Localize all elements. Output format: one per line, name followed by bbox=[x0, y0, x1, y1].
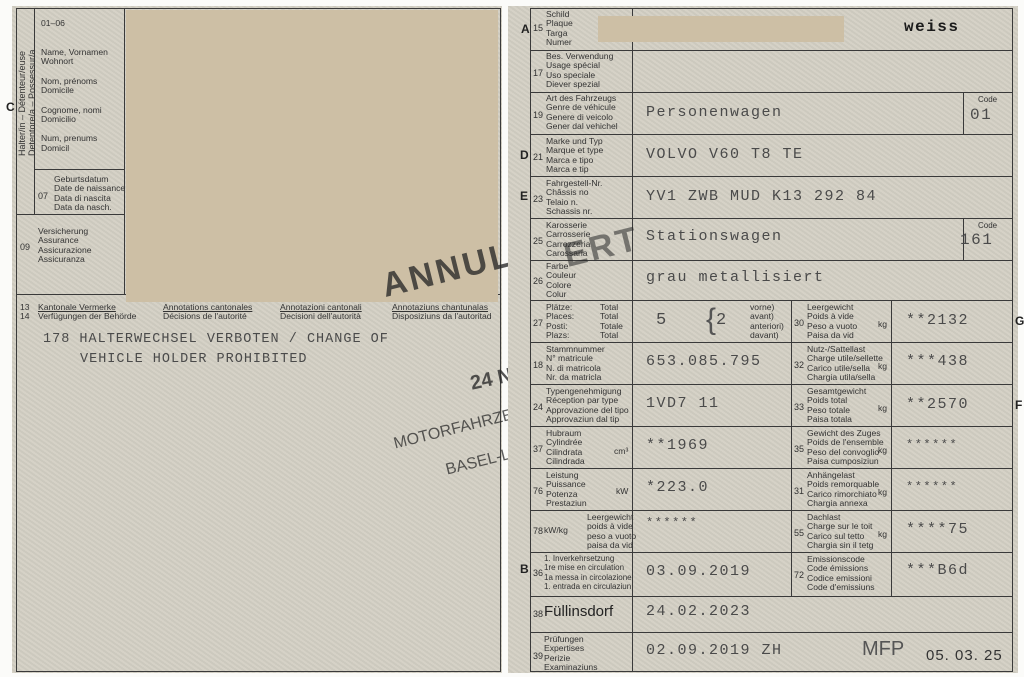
field-19-number: 19 bbox=[533, 110, 543, 120]
trailer-load-value: ****** bbox=[906, 480, 958, 494]
field-19-labels: Art des Fahrzeugs Genre de véhicule Gene… bbox=[546, 94, 618, 132]
label-line: Chargia annexa bbox=[807, 499, 879, 508]
seats-total-value: 5 bbox=[656, 311, 668, 330]
unit-kg: kg bbox=[878, 319, 887, 329]
label-line: Data da nasch. bbox=[54, 203, 125, 212]
divider bbox=[530, 384, 1013, 385]
label-line: Paisa da vid bbox=[807, 331, 857, 340]
divider bbox=[530, 426, 1013, 427]
payload-value: ***438 bbox=[906, 353, 969, 370]
divider bbox=[530, 342, 1013, 343]
field-01-06-labels: Name, Vornamen Wohnort Nom, prénoms Domi… bbox=[41, 48, 108, 153]
divider bbox=[16, 214, 124, 215]
field-17-labels: Bes. Verwendung Usage spécial Uso specia… bbox=[546, 52, 613, 90]
total-weight-value: **2570 bbox=[906, 396, 969, 413]
power-unit: kW bbox=[616, 486, 628, 496]
brace-icon: { bbox=[706, 305, 716, 335]
label-line: paisa da vid bbox=[587, 541, 636, 550]
field-15-labels: Schild Plaque Targa Numer bbox=[546, 10, 573, 48]
divider bbox=[530, 218, 1013, 219]
field-78-labels: Leergewicht poids à vide peso a vuoto pa… bbox=[587, 513, 636, 551]
power-value: *223.0 bbox=[646, 479, 709, 496]
divider bbox=[530, 510, 1013, 511]
section-letter-c: C bbox=[6, 100, 15, 114]
roof-load-value: ****75 bbox=[906, 521, 969, 538]
redacted-plate-number bbox=[598, 16, 844, 42]
holder-label-de-fr: Halter/in – Détenteur/euse bbox=[17, 49, 27, 156]
body-type-value: Stationswagen bbox=[646, 228, 783, 245]
field-33-labels: Gesamtgewicht Poids total Peso totale Pa… bbox=[807, 387, 866, 425]
label-line: 14 bbox=[20, 312, 30, 321]
displacement-value: **1969 bbox=[646, 437, 709, 454]
label-line: Chargia utila/sella bbox=[807, 373, 883, 382]
side-letter-a: A bbox=[521, 22, 530, 36]
field-35-labels: Gewicht des Zuges Poids de l'ensemble Pe… bbox=[807, 429, 884, 467]
label-line: Décisions de l'autorité bbox=[163, 312, 252, 321]
cantonal-annotation-line1: 178 HALTERWECHSEL VERBOTEN / CHANGE OF bbox=[43, 332, 389, 347]
field-37-number: 37 bbox=[533, 444, 543, 454]
seats-front-labels: vorne) avant) anteriori) davant) bbox=[750, 303, 784, 341]
field-27-labels: Plätze: Places: Posti: Plazs: bbox=[546, 303, 574, 341]
unit-kg: kg bbox=[878, 361, 887, 371]
field-01-06-number: 01–06 bbox=[41, 19, 65, 28]
left-page: C Halter/in – Détenteur/euse Detentore/a… bbox=[12, 6, 502, 673]
label-line: Paisa cumposiziun bbox=[807, 457, 884, 466]
chassis-number-value: YV1 ZWB MUD K13 292 84 bbox=[646, 188, 877, 205]
side-letter-d: D bbox=[520, 148, 529, 162]
label-line: Approvaziun dal tip bbox=[546, 415, 629, 424]
divider bbox=[530, 468, 1013, 469]
label-line: Domicile bbox=[41, 86, 108, 95]
label-line: Assicuranza bbox=[38, 255, 92, 264]
field-09-labels: Versicherung Assurance Assicurazione Ass… bbox=[38, 227, 92, 265]
label-line: Marca e tip bbox=[546, 165, 603, 174]
frame-bottom bbox=[530, 671, 1013, 672]
field-25-number: 25 bbox=[533, 236, 543, 246]
field-78-number: 78 bbox=[533, 526, 543, 536]
divider bbox=[632, 8, 633, 671]
field-38-number: 38 bbox=[533, 609, 543, 619]
field-27-number: 27 bbox=[533, 318, 543, 328]
emission-code-value: ***B6d bbox=[906, 562, 969, 579]
unit-kg: kg bbox=[878, 403, 887, 413]
inspection-stamp-date: 05. 03. 25 bbox=[926, 647, 1003, 664]
holder-vertical-label: Halter/in – Détenteur/euse Detentore/a –… bbox=[17, 49, 37, 156]
field-30-labels: Leergewicht Poids à vide Peso a vuoto Pa… bbox=[807, 303, 857, 341]
field-18-number: 18 bbox=[533, 360, 543, 370]
seats-front-value: 2 bbox=[716, 311, 728, 330]
label-line: Nr. da matricla bbox=[546, 373, 605, 382]
first-registration-value: 03.09.2019 bbox=[646, 563, 751, 580]
label-line: Examinaziuns bbox=[544, 663, 598, 672]
divider bbox=[530, 596, 1013, 597]
field-39-number: 39 bbox=[533, 651, 543, 661]
divider bbox=[530, 552, 1013, 553]
unit-kg: kg bbox=[878, 445, 887, 455]
field-36-number: 36 bbox=[533, 568, 543, 578]
label-line: Wohnort bbox=[41, 57, 108, 66]
label-line: Domicil bbox=[41, 144, 108, 153]
unit-kg: kg bbox=[878, 529, 887, 539]
field-37-labels: Hubraum Cylindrée Cilindrata Cilindrada bbox=[546, 429, 585, 467]
color-value: grau metallisiert bbox=[646, 269, 825, 286]
train-weight-value: ****** bbox=[906, 438, 958, 452]
cantonal-fr: Annotations cantonales Décisions de l'au… bbox=[163, 303, 252, 322]
power-to-weight-value: ****** bbox=[646, 516, 698, 530]
field-18-labels: Stammnummer N° matricule N. di matricola… bbox=[546, 345, 605, 383]
frame-bottom bbox=[16, 671, 501, 672]
inspection-value: 02.09.2019 ZH bbox=[646, 642, 783, 659]
inspection-stamp-code: MFP bbox=[862, 638, 904, 661]
cantonal-numbers: 13 14 bbox=[20, 303, 30, 322]
label-line: Numer bbox=[546, 38, 573, 47]
plate-color-value: weiss bbox=[904, 18, 960, 36]
side-letter-b: B bbox=[520, 562, 529, 576]
label-line: Verfügungen der Behörde bbox=[38, 312, 136, 321]
cantonal-it: Annotazioni cantonali Decisioni dell'aut… bbox=[280, 303, 362, 322]
label-line: Chargia sin il tetg bbox=[807, 541, 873, 550]
field-07-labels: Geburtsdatum Date de naissance Data di n… bbox=[54, 175, 125, 213]
divider bbox=[34, 169, 124, 170]
label-line: Plazs: bbox=[546, 331, 574, 340]
make-model-value: VOLVO V60 T8 TE bbox=[646, 146, 804, 163]
label-line: Schassis nr. bbox=[546, 207, 602, 216]
divider bbox=[963, 92, 964, 134]
type-approval-value: 1VD7 11 bbox=[646, 395, 720, 412]
field-24-labels: Typengenehmigung Réception par type Appr… bbox=[546, 387, 629, 425]
label-line: Diever spezial bbox=[546, 80, 613, 89]
frame-right bbox=[1012, 8, 1013, 671]
field-23-labels: Fahrgestell-Nr. Châssis no Telaio n. Sch… bbox=[546, 179, 602, 217]
field-76-labels: Leistung Puissance Potenza Prestaziun bbox=[546, 471, 587, 509]
label-line: Code d'emissiuns bbox=[807, 583, 875, 592]
divider bbox=[530, 632, 1013, 633]
label-line: Paisa totala bbox=[807, 415, 866, 424]
label-line: Decisioni dell'autorità bbox=[280, 312, 362, 321]
label-line: 1a messa in circolazione bbox=[544, 573, 632, 582]
cantonal-rm: Annotaziuns chantunalas Disposiziuns da … bbox=[392, 303, 492, 322]
label-line: 1. entrada en circulaziun bbox=[544, 582, 632, 591]
frame-top bbox=[16, 8, 501, 9]
field-31-labels: Anhängelast Poids remorquable Carico rim… bbox=[807, 471, 879, 509]
label-line: Colur bbox=[546, 290, 576, 299]
frame-left bbox=[530, 8, 531, 671]
cantonal-annotation-line2: VEHICLE HOLDER PROHIBITED bbox=[80, 352, 308, 367]
empty-weight-value: **2132 bbox=[906, 312, 969, 329]
vehicle-type-value: Personenwagen bbox=[646, 104, 783, 121]
label-line: Total bbox=[600, 331, 623, 340]
field-15-number: 15 bbox=[533, 23, 543, 33]
field-24-number: 24 bbox=[533, 402, 543, 412]
field-78-unit-label: kW/kg bbox=[544, 526, 568, 535]
field-36-labels: 1. Inverkehrsetzung 1re mise en circulat… bbox=[544, 554, 632, 592]
body-type-code-label: Code bbox=[978, 221, 997, 230]
frame-top bbox=[530, 8, 1013, 9]
field-76-number: 76 bbox=[533, 486, 543, 496]
label-line: davant) bbox=[750, 331, 784, 340]
field-21-number: 21 bbox=[533, 152, 543, 162]
label-line: Domicilio bbox=[41, 115, 108, 124]
field-72-labels: Emissionscode Code émissions Codice emis… bbox=[807, 555, 875, 593]
field-21-labels: Marke und Typ Marque et type Marca e tip… bbox=[546, 137, 603, 175]
vehicle-type-code: 01 bbox=[970, 106, 992, 124]
field-23-number: 23 bbox=[533, 194, 543, 204]
divider bbox=[124, 8, 125, 294]
side-letter-g: G bbox=[1015, 314, 1024, 328]
label-line: 1. Inverkehrsetzung bbox=[544, 554, 632, 563]
frame-right bbox=[500, 8, 501, 671]
issuing-place: Füllinsdorf bbox=[544, 603, 613, 620]
field-32-labels: Nutz-/Sattellast Charge utile/sellette C… bbox=[807, 345, 883, 383]
holder-label-it-rm: Detentore/a – Possessur/a bbox=[27, 49, 37, 156]
displacement-unit: cm³ bbox=[614, 446, 628, 456]
field-39-labels: Prüfungen Expertises Perizie Examinaziun… bbox=[544, 635, 598, 673]
issue-date-value: 24.02.2023 bbox=[646, 603, 751, 620]
field-31-number: 31 bbox=[794, 486, 804, 496]
field-17-number: 17 bbox=[533, 68, 543, 78]
master-number-value: 653.085.795 bbox=[646, 353, 762, 370]
field-72-number: 72 bbox=[794, 570, 804, 580]
label-line: Cilindrada bbox=[546, 457, 585, 466]
field-07-number: 07 bbox=[38, 191, 48, 201]
divider bbox=[530, 134, 1013, 135]
label-line: Prestaziun bbox=[546, 499, 587, 508]
field-55-labels: Dachlast Charge sur le toit Carico sul t… bbox=[807, 513, 873, 551]
side-letter-e: E bbox=[520, 189, 528, 203]
field-30-number: 30 bbox=[794, 318, 804, 328]
cantonal-de: Kantonale Vermerke Verfügungen der Behör… bbox=[38, 303, 136, 322]
field-27-totals: Total Total Totale Total bbox=[600, 303, 623, 341]
field-26-number: 26 bbox=[533, 276, 543, 286]
label-line: Disposiziuns da l'autoritad bbox=[392, 312, 492, 321]
label-line: 1re mise en circulation bbox=[544, 563, 632, 572]
unit-kg: kg bbox=[878, 487, 887, 497]
field-33-number: 33 bbox=[794, 402, 804, 412]
field-35-number: 35 bbox=[794, 444, 804, 454]
label-line: Gener dal vehichel bbox=[546, 122, 618, 131]
divider bbox=[530, 300, 1013, 301]
field-55-number: 55 bbox=[794, 528, 804, 538]
side-letter-f: F bbox=[1015, 398, 1022, 412]
divider bbox=[530, 176, 1013, 177]
right-page: A D E B G F 15 Schild Plaque Targa Numer… bbox=[508, 6, 1018, 673]
field-32-number: 32 bbox=[794, 360, 804, 370]
vehicle-type-code-label: Code bbox=[978, 95, 997, 104]
field-09-number: 09 bbox=[20, 242, 30, 252]
body-type-code: 161 bbox=[960, 231, 993, 249]
